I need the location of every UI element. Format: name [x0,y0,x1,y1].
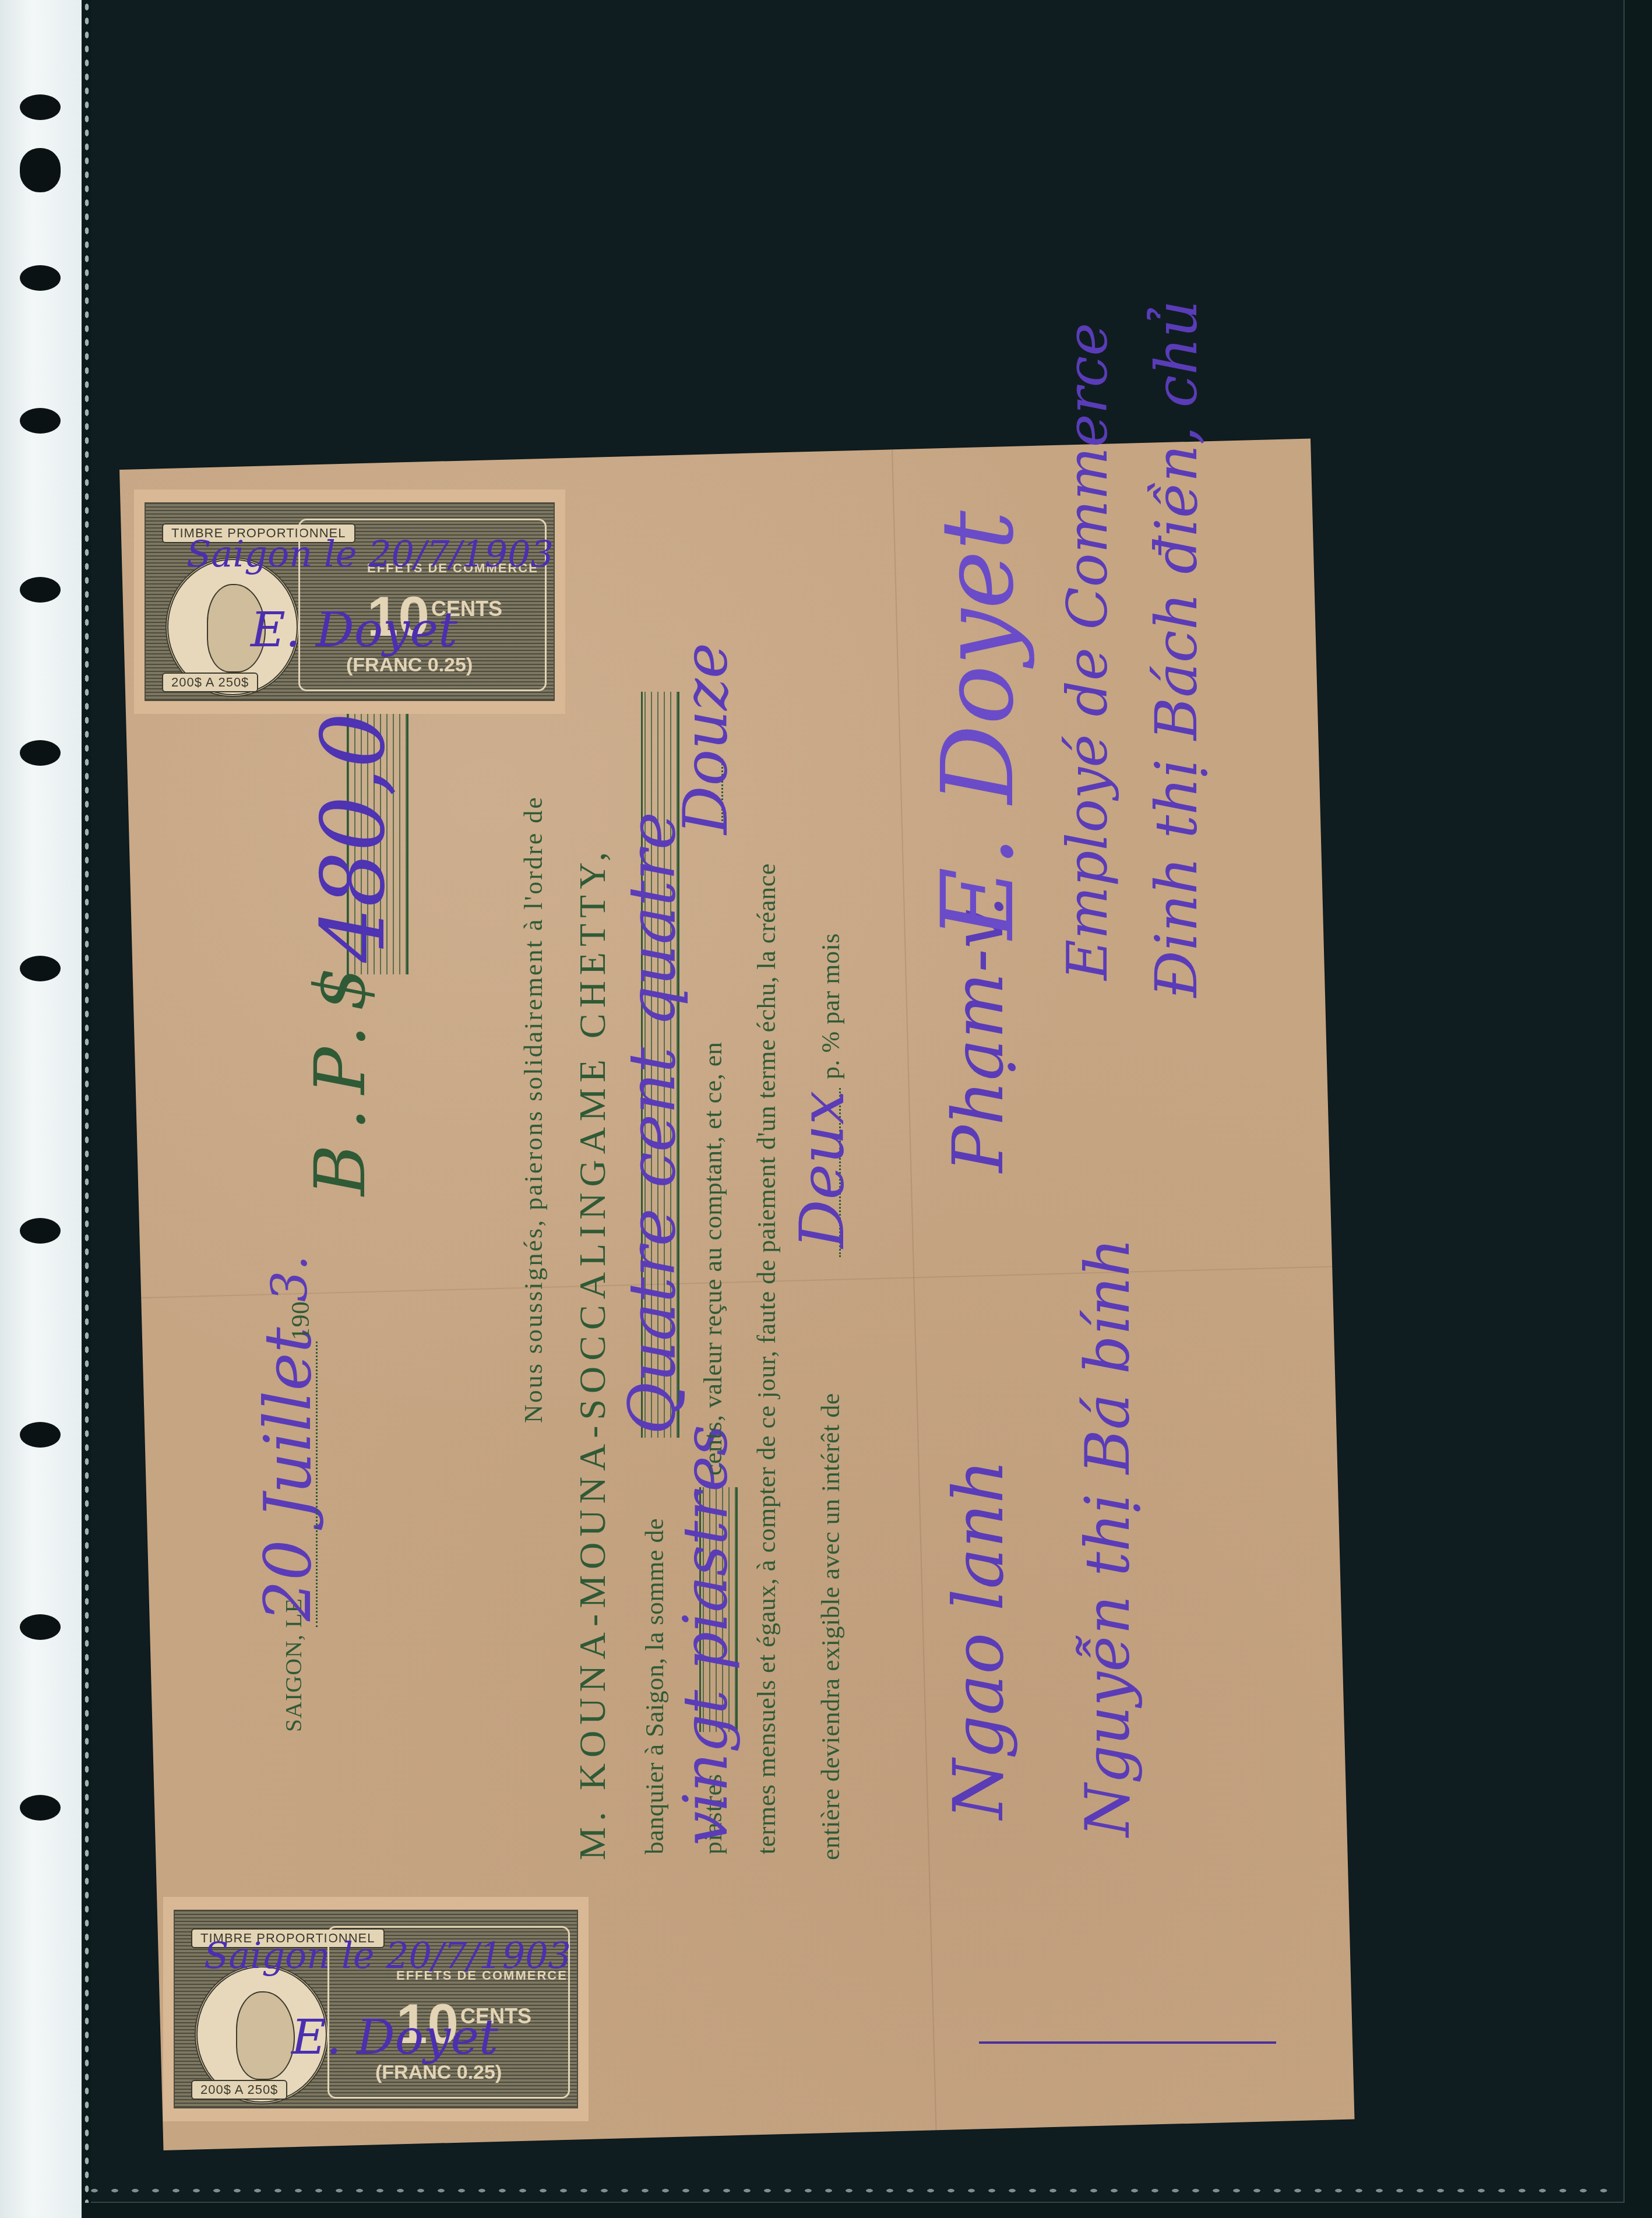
signature-title: Employé de Commerce [1055,323,1120,980]
stamp-cancel-date: Saigon le 20/7/1903 [204,1934,571,1977]
body-line-3: banquier à Saigon, la somme de [640,1518,670,1854]
year-handwritten: 3. [261,1255,318,1302]
sleeve-bottom-seam [87,2187,1620,2195]
signature-doyet-flourish: E. Doyet [921,511,1036,939]
payee-prefix: M. [571,1806,614,1860]
stamp-cancel-signature: E. Doyet [291,2010,498,2065]
binder-hole [20,1218,61,1244]
signature-dinh: Đinh thị Bách điền, chủ [1142,300,1210,998]
binder-hole [20,577,61,603]
binder-hole [20,265,61,291]
intro-line: Nous soussignés, paierons solidairement … [519,795,548,1423]
signature-ngao: Ngao lanh [938,1459,1019,1819]
body-line-6: entière deviendra exigible avec un intér… [816,1393,846,1860]
handwritten-terms: Douze [670,643,741,835]
binder-hole [20,1795,61,1821]
binder-hole [20,740,61,766]
revenue-stamp-bottom: TIMBRE PROPORTIONNEL EFFETS DE COMMERCE … [163,1897,589,2121]
binder-hole [20,1614,61,1640]
binder-hole [20,1422,61,1448]
binder-strip [0,0,82,2218]
stamp-cancel-date: Saigon le 20/7/1903 [186,533,554,575]
stamp-cancel-signature: E. Doyet [251,603,457,658]
binder-hole [20,94,61,120]
handwritten-interest: Deux [787,1090,858,1248]
body-line-4: cents, valeur reçue au comptant, et ce, … [698,1042,728,1476]
amount-prefix: B.P.$ [300,953,381,1196]
date-dotted-line [316,1342,318,1627]
revenue-stamp-top: TIMBRE PROPORTIONNEL EFFETS DE COMMERCE … [134,490,565,714]
year-printed: 190 [286,1301,315,1341]
interest-suffix: p. % par mois [816,933,846,1079]
handwritten-piastres: vingt piastres [670,1425,741,1846]
signature-nguyen: Nguyễn thị Bá bính [1072,1238,1143,1837]
handwritten-date: 20 Juillet [251,1327,325,1621]
body-line-5: termes mensuels et égaux, à compter de c… [752,863,781,1854]
stamp-range: 200$ A 250$ [162,673,258,692]
payee-name: KOUNA-MOUNA-SOCCALINGAME CHETTY, [571,846,614,1790]
binder-hole [20,148,61,192]
binder-hole [20,956,61,981]
handwritten-sum: Quatre cent quatre [615,812,689,1435]
binder-hole [20,408,61,434]
sleeve-weld-seam [83,0,91,2203]
stamp-range: 200$ A 250$ [191,2080,287,2100]
signature-divider-line [979,2041,1276,2044]
